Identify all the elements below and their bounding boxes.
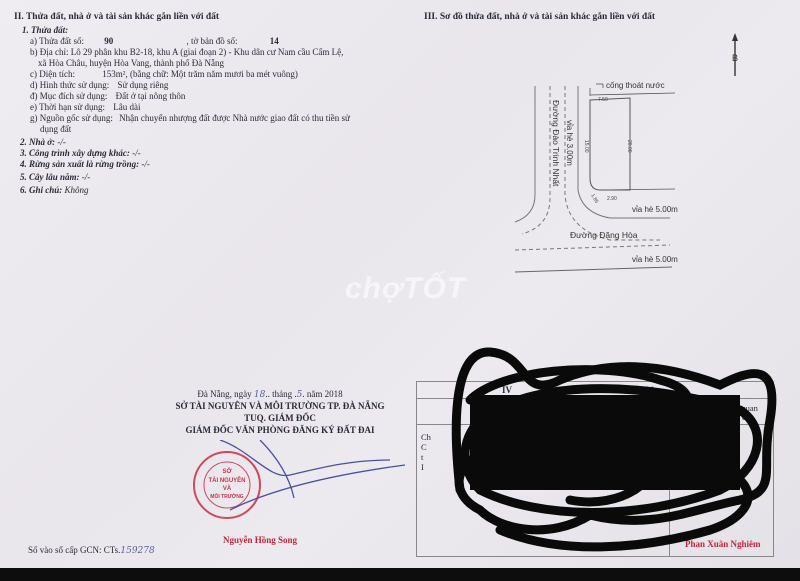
svg-text:SỞ: SỞ	[222, 468, 232, 475]
origin-label: g) Nguồn gốc sử dụng:	[30, 113, 113, 123]
svg-text:B: B	[732, 53, 738, 63]
use-form-label: d) Hình thức sử dụng:	[30, 80, 109, 90]
parcel-label: a) Thửa đất số:	[30, 36, 84, 46]
perennial-row: 5. Cây lâu năm: -/-	[20, 172, 90, 183]
svg-text:Đường Đào Trinh Nhất: Đường Đào Trinh Nhất	[551, 100, 561, 187]
svg-text:vỉa hè 3.00m: vỉa hè 3.00m	[565, 120, 574, 166]
registry-number-row: Số vào sổ cấp GCN: CTs.159278	[28, 545, 155, 557]
signer-name: Nguyễn Hồng Song	[190, 535, 330, 545]
term-label: e) Thời hạn sử dụng:	[30, 102, 105, 112]
address-line-1: Lô 29 phân khu B2-18, khu A (giai đoạn 2…	[71, 47, 344, 57]
map-sheet-label: , tờ bản đồ số:	[186, 36, 237, 46]
director-title: GIÁM ĐỐC VĂN PHÒNG ĐĂNG KÝ ĐẤT ĐAI	[130, 425, 430, 435]
address-row: b) Địa chỉ: Lô 29 phân khu B2-18, khu A …	[30, 47, 343, 58]
area-value: 153m², (bằng chữ: Một trăm năm mươi ba m…	[102, 69, 298, 79]
section-2-title: II. Thửa đất, nhà ở và tài sản khác gắn …	[14, 12, 219, 22]
svg-text:TÀI NGUYÊN: TÀI NGUYÊN	[208, 476, 245, 484]
svg-text:vỉa hè 5.00m: vỉa hè 5.00m	[632, 205, 678, 214]
svg-text:MÔI TRƯỜNG: MÔI TRƯỜNG	[210, 492, 244, 500]
svg-text:VÀ: VÀ	[223, 485, 232, 492]
official-stamp-and-signature: SỞ TÀI NGUYÊN VÀ MÔI TRƯỜNG	[190, 440, 410, 530]
month-value: 5	[297, 390, 303, 400]
address-label: b) Địa chỉ:	[30, 47, 69, 57]
tuq-title: TUQ. GIÁM ĐỐC	[130, 413, 430, 423]
svg-text:2.90: 2.90	[607, 196, 617, 202]
use-form-row: d) Hình thức sử dụng: Sử dụng riêng	[30, 80, 168, 91]
note-row: 6. Ghi chú: Không	[20, 185, 89, 196]
purpose-label: đ) Mục đích sử dụng:	[30, 91, 107, 101]
svg-text:1.85: 1.85	[589, 193, 599, 205]
map-sheet-number: 14	[270, 36, 279, 47]
parcel-number: 90	[104, 36, 184, 47]
svg-text:20.00: 20.00	[626, 140, 632, 153]
area-row: c) Diện tích: 153m², (bằng chữ: Một trăm…	[30, 69, 298, 80]
other-construction-row: 3. Công trình xây dựng khác: -/-	[20, 148, 141, 159]
chotot-watermark: chợTỐT	[345, 272, 466, 306]
purpose-value: Đất ở tại nông thôn	[116, 91, 186, 101]
registry-number: 159278	[120, 546, 154, 556]
land-plot-diagram: B cống thoát nước 7.50 15.00 20.00 1.85 …	[410, 0, 800, 340]
origin-line-2: dụng đất	[40, 124, 71, 135]
redaction-scribble	[440, 340, 790, 568]
svg-text:Đường Đặng Hòa: Đường Đặng Hòa	[570, 230, 638, 240]
north-arrow-icon: B	[732, 33, 738, 76]
origin-line-1: Nhận chuyển nhượng đất được Nhà nước gia…	[119, 113, 350, 123]
origin-row: g) Nguồn gốc sử dụng: Nhận chuyển nhượng…	[30, 113, 350, 124]
svg-text:7.50: 7.50	[598, 97, 608, 103]
section-3-panel: III. Sơ đồ thửa đất, nhà ở và tài sản kh…	[410, 0, 800, 568]
parcel-row: a) Thửa đất số: 90 , tờ bản đồ số: 14	[30, 36, 279, 47]
forest-row: 4. Rừng sản xuất là rừng trồng: -/-	[20, 159, 150, 170]
svg-text:cống thoát nước: cống thoát nước	[606, 81, 665, 90]
land-heading: 1. Thửa đất:	[22, 25, 68, 36]
issuing-org: SỞ TÀI NGUYÊN VÀ MÔI TRƯỜNG TP. ĐÀ NẴNG	[130, 401, 430, 411]
registry-label: Số vào sổ cấp GCN: CTs.	[28, 545, 120, 555]
term-row: e) Thời hạn sử dụng: Lâu dài	[30, 102, 140, 113]
place-date: Đà Nẵng, ngày 18.. tháng .5. năm 2018	[180, 389, 360, 400]
term-value: Lâu dài	[113, 102, 140, 112]
purpose-row: đ) Mục đích sử dụng: Đất ở tại nông thôn	[30, 91, 185, 102]
day-value: 18	[254, 390, 265, 400]
land-certificate-page: II. Thửa đất, nhà ở và tài sản khác gắn …	[0, 0, 800, 568]
area-label: c) Diện tích:	[30, 69, 100, 80]
svg-text:vỉa hè 5.00m: vỉa hè 5.00m	[632, 255, 678, 264]
bottom-border	[0, 568, 800, 581]
house-row: 2. Nhà ở: -/-	[20, 137, 66, 148]
svg-text:15.00: 15.00	[583, 140, 589, 153]
address-line-2: xã Hòa Châu, huyện Hòa Vang, thành phố Đ…	[38, 58, 224, 69]
use-form-value: Sử dụng riêng	[118, 80, 169, 90]
